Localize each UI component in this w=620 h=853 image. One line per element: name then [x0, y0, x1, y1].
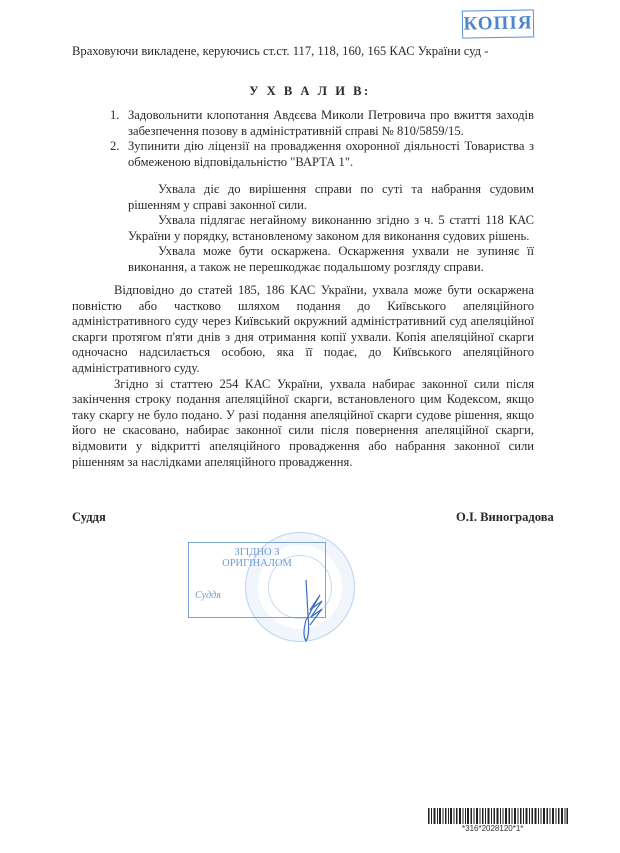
paragraph-execution: Ухвала підлягає негайному виконанню згід…	[128, 213, 534, 275]
appeal-section: Відповідно до статей 185, 186 КАС Україн…	[72, 283, 534, 470]
judge-name: О.І. Виноградова	[456, 510, 554, 525]
ruling-heading: У Х В А Л И В:	[0, 84, 620, 99]
item-text: Зупинити дію ліцензії на провадження охо…	[128, 139, 534, 169]
ruling-items: 1. Задовольнити клопотання Авдєєва Микол…	[110, 108, 534, 170]
paragraph: Ухвала діє до вирішення справи по суті т…	[128, 182, 534, 213]
intro-line: Враховуючи викладене, керуючись ст.ст. 1…	[72, 44, 488, 59]
barcode-text: *316*2028120*1*	[462, 824, 523, 833]
paragraph-effect: Ухвала діє до вирішення справи по суті т…	[128, 182, 534, 213]
copy-stamp: КОПІЯ	[462, 9, 534, 38]
item-number: 1.	[110, 108, 119, 124]
original-stamp-role: Суддя	[195, 590, 221, 601]
ruling-item-2: 2. Зупинити дію ліцензії на провадження …	[110, 139, 534, 170]
paragraph: Згідно зі статтею 254 КАС України, ухвал…	[72, 377, 534, 471]
signature-icon	[298, 575, 328, 645]
paragraph: Відповідно до статей 185, 186 КАС Україн…	[72, 283, 534, 377]
paragraph: Ухвала може бути оскаржена. Оскарження у…	[128, 244, 534, 275]
paragraph: Ухвала підлягає негайному виконанню згід…	[128, 213, 534, 244]
judge-role: Суддя	[72, 510, 106, 525]
ruling-item-1: 1. Задовольнити клопотання Авдєєва Микол…	[110, 108, 534, 139]
item-number: 2.	[110, 139, 119, 155]
original-stamp-text: ЗГІДНО З ОРИГІНАЛОМ	[189, 547, 325, 569]
barcode-icon	[428, 808, 568, 824]
item-text: Задовольнити клопотання Авдєєва Миколи П…	[128, 108, 534, 138]
